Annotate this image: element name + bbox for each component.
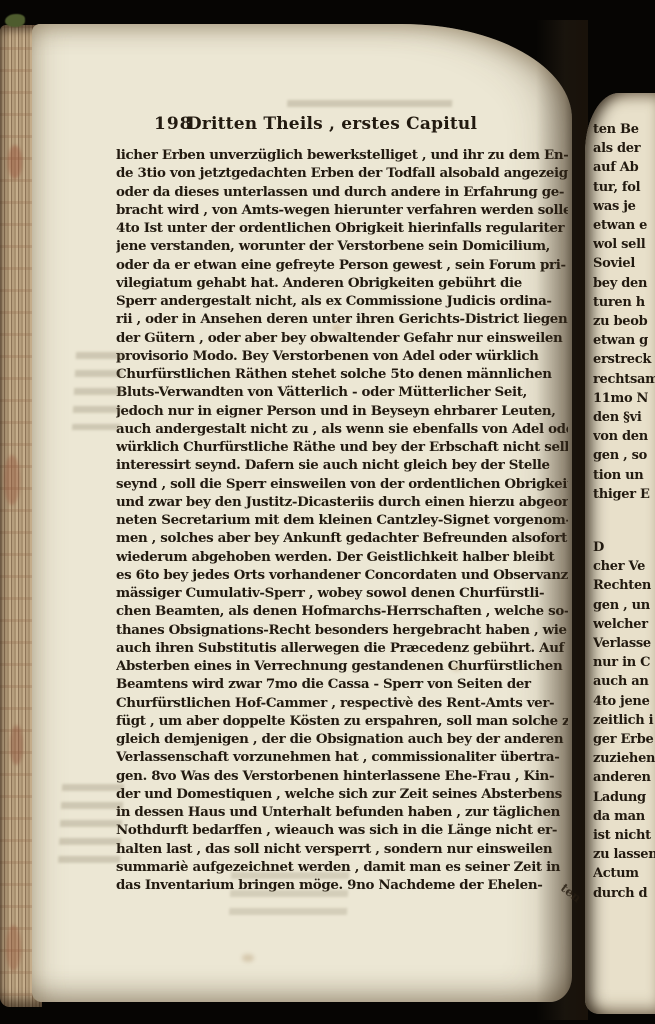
body-line: Bluts-Verwandten von Vätterlich - oder M…	[116, 383, 568, 401]
fragment-line: Soviel	[593, 254, 655, 273]
body-line: de 3tio von jetztgedachten Erben der Tod…	[116, 164, 568, 182]
body-line: Beamtens wird zwar 7mo die Cassa - Sperr…	[116, 675, 568, 693]
fragment-line: den §vi	[593, 408, 655, 427]
fragment-line: turen h	[593, 293, 655, 312]
fragment-line: gen , so	[593, 446, 655, 465]
book-photo: 198 Dritten Theils , erstes Capitul lich…	[0, 0, 655, 1024]
fragment-line: thiger E	[593, 485, 655, 504]
edge-stain	[10, 725, 23, 765]
body-line: Nothdurft bedarffen , wieauch was sich i…	[116, 821, 568, 839]
body-line: oder da dieses unterlassen und durch and…	[116, 183, 568, 201]
body-line: fügt , um aber doppelte Kösten zu erspah…	[116, 712, 568, 730]
body-line: würklich Churfürstliche Räthe und bey de…	[116, 438, 568, 456]
body-line: und zwar bey den Justitz-Dicasteriis dur…	[116, 493, 568, 511]
running-title: Dritten Theils , erstes Capitul	[122, 114, 542, 134]
foxing-spot	[242, 954, 254, 962]
fragment-line: cher Ve	[593, 557, 655, 576]
body-line: men , solches aber bey Ankunft gedachter…	[116, 529, 568, 547]
fragment-line: gen , un	[593, 596, 655, 615]
fragment-line: wol sell	[593, 235, 655, 254]
fragment-line: von den	[593, 427, 655, 446]
body-line: auch andergestalt nicht zu , als wenn si…	[116, 420, 568, 438]
facing-fragments-bottom: Dcher VeRechtengen , unwelcherVerlassenu…	[593, 538, 655, 910]
fragment-line: zu beob	[593, 312, 655, 331]
body-line: interessirt seynd. Dafern sie auch nicht…	[116, 456, 568, 474]
fragment-line: Rechten	[593, 576, 655, 595]
body-line: 4to Ist unter der ordentlichen Obrigkeit…	[116, 219, 568, 237]
body-line: licher Erben unverzüglich bewerkstellige…	[116, 146, 568, 164]
foxing-spot	[332, 324, 342, 332]
fragment-line: D	[593, 538, 655, 557]
fragment-line: bey den	[593, 274, 655, 293]
edge-stain	[4, 455, 20, 505]
body-line: Churfürstlichen Hof-Cammer , respectivè …	[116, 694, 568, 712]
running-header: 198 Dritten Theils , erstes Capitul	[32, 114, 572, 136]
body-line: halten last , das soll nicht versperrt ,…	[116, 840, 568, 858]
edge-stain	[8, 145, 22, 179]
fragment-line: auf Ab	[593, 158, 655, 177]
fragment-line: zu lassen	[593, 845, 655, 864]
body-line: Verlassenschaft vorzunehmen hat , commis…	[116, 748, 568, 766]
body-line: vilegiatum gehabt hat. Anderen Obrigkeit…	[116, 274, 568, 292]
show-through	[229, 872, 349, 918]
left-page: 198 Dritten Theils , erstes Capitul lich…	[32, 24, 572, 1002]
body-line: rii , oder in Ansehen deren unter ihren …	[116, 310, 568, 328]
foxing-spot	[452, 664, 461, 671]
body-line: Sperr andergestalt nicht, als ex Commiss…	[116, 292, 568, 310]
fragment-line: Verlasse	[593, 634, 655, 653]
body-line: wiederum abgehoben werden. Der Geistlich…	[116, 548, 568, 566]
body-line: seynd , soll die Sperr einsweilen von de…	[116, 475, 568, 493]
gutter-shadow	[536, 20, 588, 1020]
fragment-line: ger Erbe	[593, 730, 655, 749]
body-line: jene verstanden, worunter der Verstorben…	[116, 237, 568, 255]
right-page-sliver: ten Beals derauf Abtur, folwas jeetwan e…	[585, 93, 655, 1014]
fragment-line: nur in C	[593, 653, 655, 672]
fragment-line: anderen	[593, 768, 655, 787]
body-line: der Gütern , oder aber bey obwaltender G…	[116, 329, 568, 347]
show-through	[287, 100, 453, 114]
headband-sliver	[5, 14, 25, 27]
fragment-line: 4to jene	[593, 692, 655, 711]
fragment-line: welcher	[593, 615, 655, 634]
fragment-line: etwan e	[593, 216, 655, 235]
body-line: mässiger Cumulativ-Sperr , wobey sowol d…	[116, 584, 568, 602]
body-line: es 6to bey jedes Orts vorhandener Concor…	[116, 566, 568, 584]
body-line: oder da er etwan eine gefreyte Person ge…	[116, 256, 568, 274]
body-line: jedoch nur in eigner Person und in Beyse…	[116, 402, 568, 420]
body-line: Churfürstlichen Räthen stehet solche 5to…	[116, 365, 568, 383]
edge-stain	[6, 925, 21, 971]
fragment-line: erstreck	[593, 350, 655, 369]
fragment-line: zuziehen	[593, 749, 655, 768]
fragment-line: zeitlich i	[593, 711, 655, 730]
body-line: auch ihren Substitutis allerwegen die Pr…	[116, 639, 568, 657]
fragment-line: rechtsam	[593, 370, 655, 389]
body-line: thanes Obsignations-Recht besonders herg…	[116, 621, 568, 639]
fragment-line: 11mo N	[593, 389, 655, 408]
fragment-line: Actum	[593, 864, 655, 883]
fragment-line: ist nicht	[593, 826, 655, 845]
body-line: in dessen Haus und Unterhalt befunden ha…	[116, 803, 568, 821]
fragment-line: tion un	[593, 466, 655, 485]
body-line: neten Secretarium mit dem kleinen Cantzl…	[116, 511, 568, 529]
fragment-line: tur, fol	[593, 178, 655, 197]
body-line: Absterben eines in Verrechnung gestanden…	[116, 657, 568, 675]
fragment-line: Ladung	[593, 788, 655, 807]
body-text: licher Erben unverzüglich bewerkstellige…	[116, 146, 568, 902]
body-line: bracht wird , von Amts-wegen hierunter v…	[116, 201, 568, 219]
fragment-line: als der	[593, 139, 655, 158]
body-line: chen Beamten, als denen Hofmarchs-Herrsc…	[116, 602, 568, 620]
fragment-line: da man	[593, 807, 655, 826]
fragment-line: durch d	[593, 884, 655, 903]
body-line: gen. 8vo Was des Verstorbenen hinterlass…	[116, 767, 568, 785]
fragment-line: etwan g	[593, 331, 655, 350]
facing-fragments-top: ten Beals derauf Abtur, folwas jeetwan e…	[593, 120, 655, 510]
body-line: provisorio Modo. Bey Verstorbenen von Ad…	[116, 347, 568, 365]
show-through	[72, 352, 124, 430]
show-through	[58, 784, 124, 868]
fragment-line: auch an	[593, 672, 655, 691]
fragment-line: was je	[593, 197, 655, 216]
body-line: der und Domestiquen , welche sich zur Ze…	[116, 785, 568, 803]
body-line: gleich demjenigen , der die Obsignation …	[116, 730, 568, 748]
fragment-line: ten Be	[593, 120, 655, 139]
